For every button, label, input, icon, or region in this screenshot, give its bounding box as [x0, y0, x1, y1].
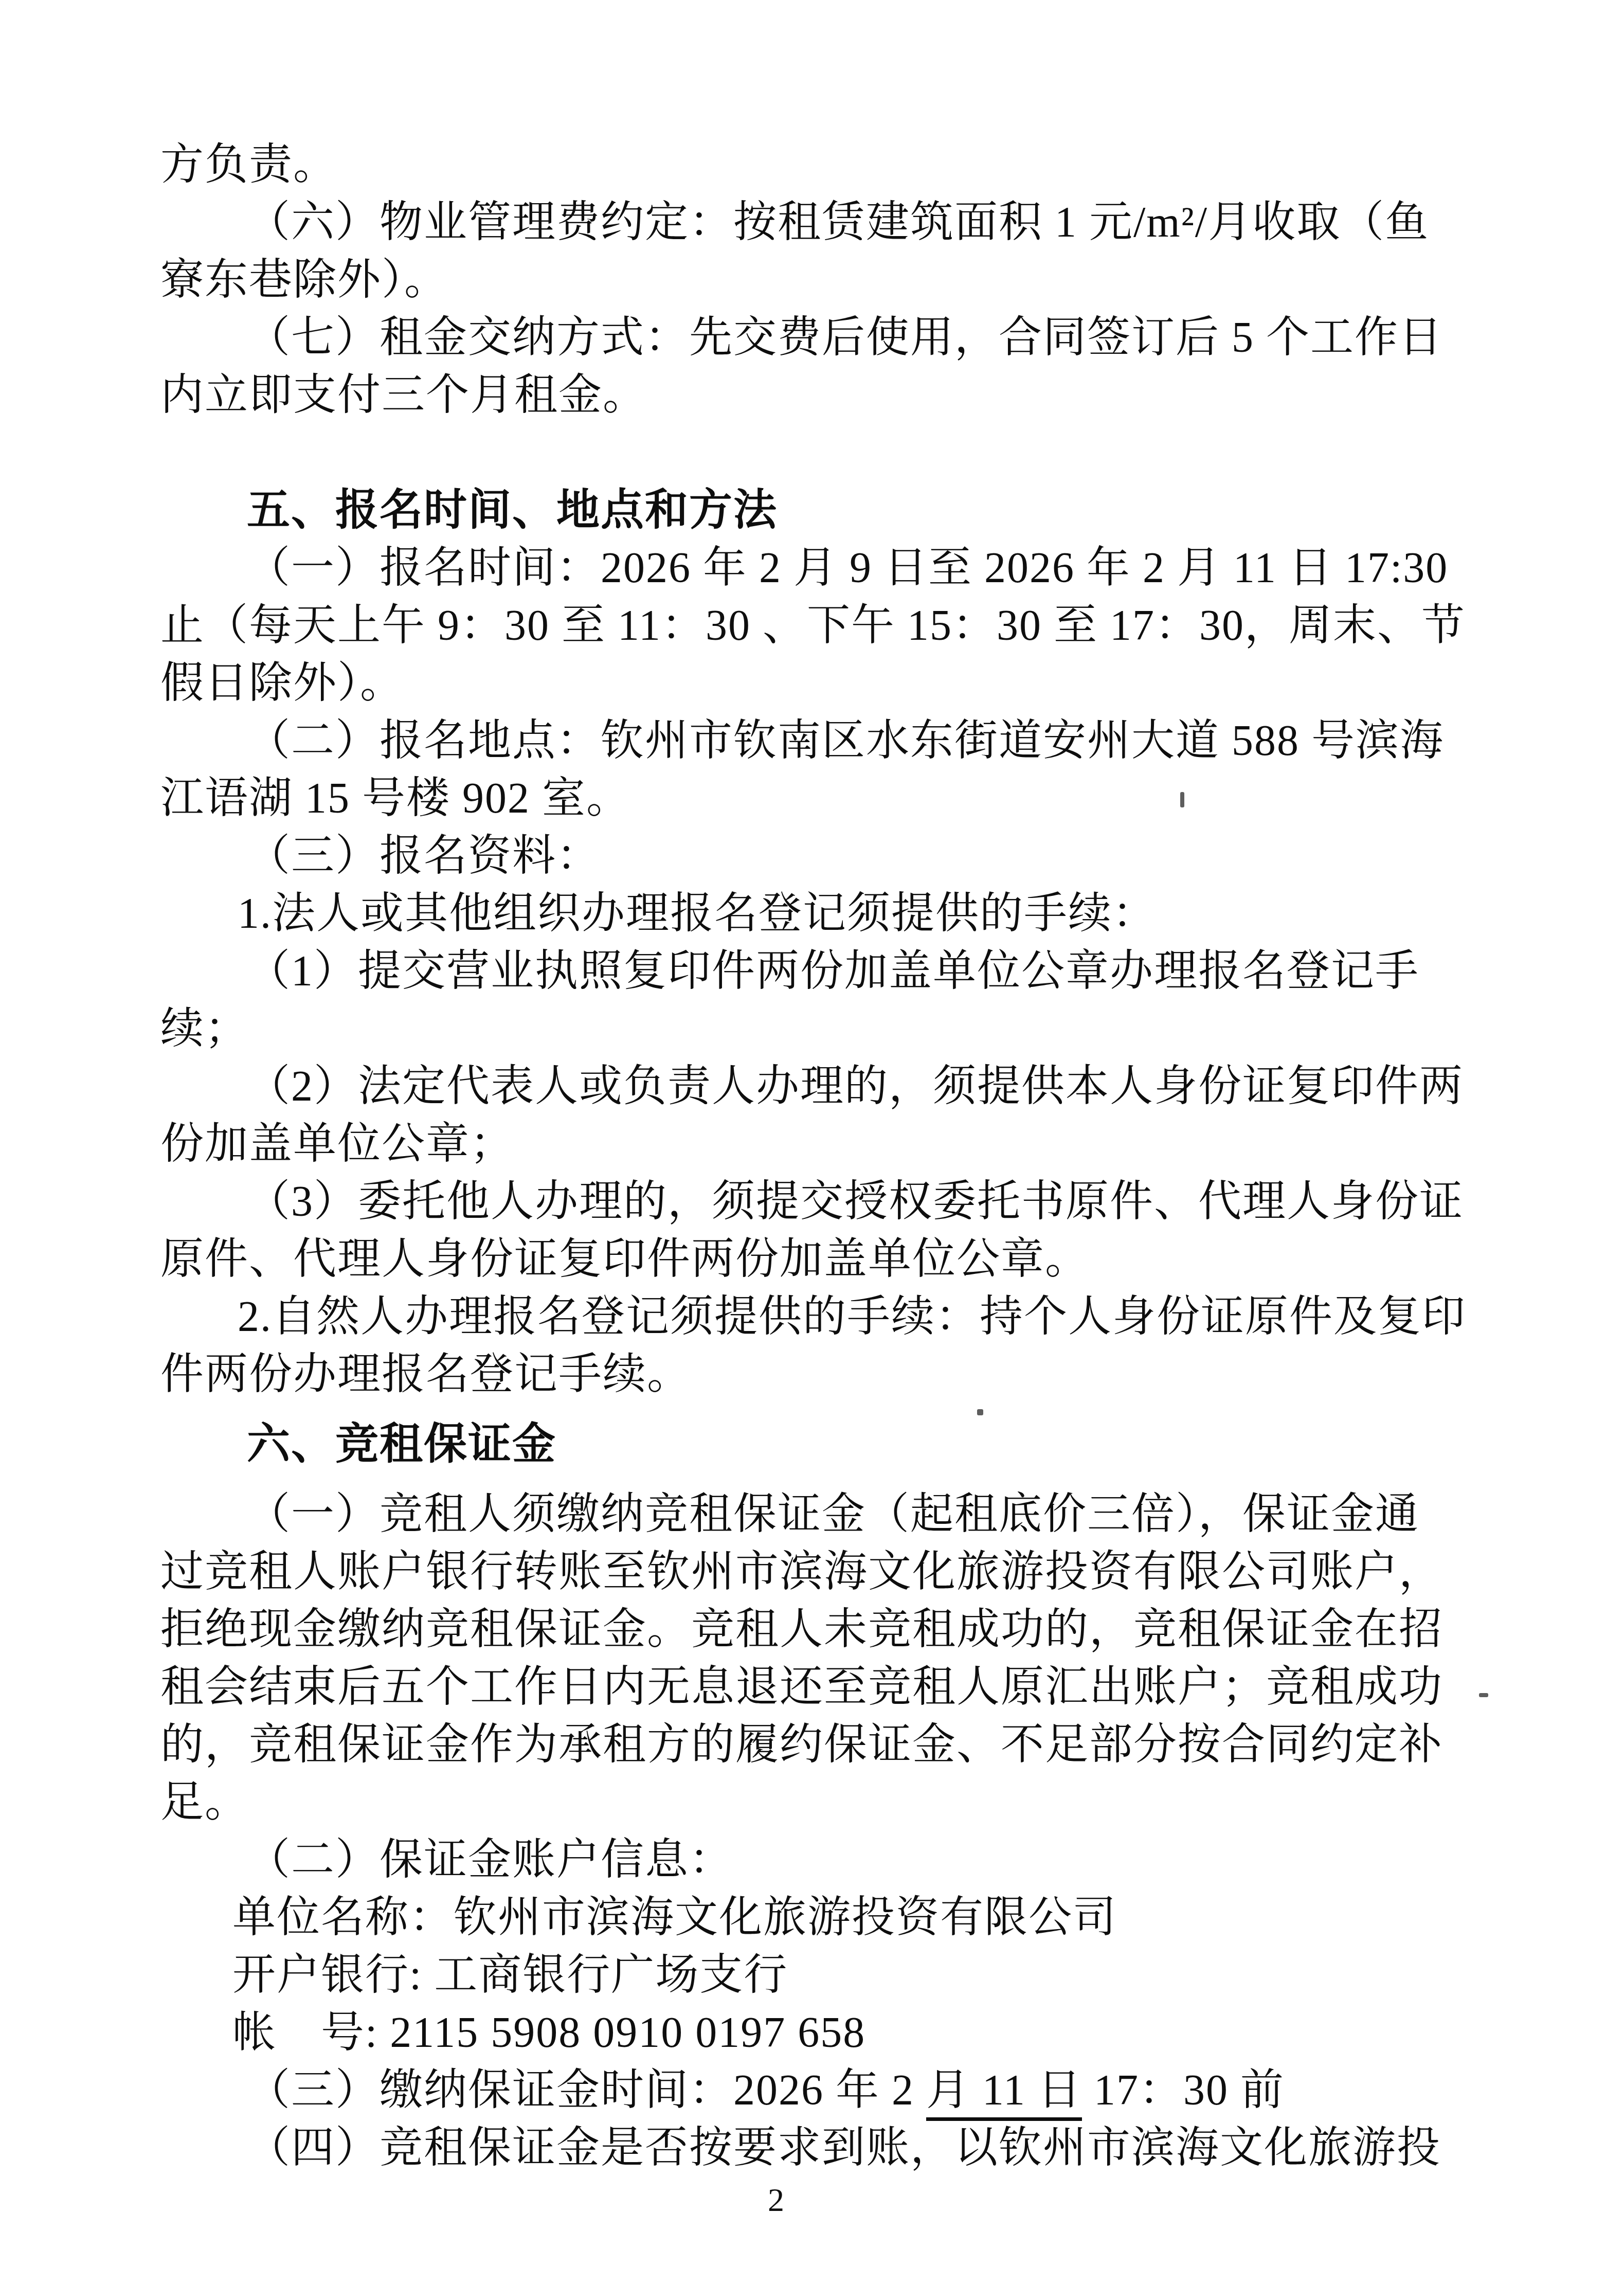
text-run: （一）竞租人须缴纳竞租保证金（起租底价三倍），保证金通	[247, 1490, 1419, 1538]
text-line: 开户银行: 工商银行广场支行	[160, 1947, 1539, 2004]
text-line: 寮东巷除外）。	[160, 251, 1539, 309]
text-run: 1.法人或其他组织办理报名登记须提供的手续：	[238, 890, 1157, 938]
text-run: （三）缴纳保证金时间：2026 年 2	[247, 2066, 926, 2114]
text-line: 止（每天上午 9：30 至 11：30 、下午 15：30 至 17：30，周末…	[160, 597, 1539, 655]
text-line: 江语湖 15 号楼 902 室。	[160, 770, 1539, 827]
text-run: 件两份办理报名登记手续。	[160, 1351, 691, 1398]
text-line: 份加盖单位公章；	[160, 1115, 1539, 1173]
section-heading: 五、报名时间、地点和方法	[160, 482, 1539, 539]
text-run: （一）报名时间：2026 年 2 月 9 日至 2026 年 2 月 11 日 …	[247, 544, 1448, 592]
text-line: 足。	[160, 1774, 1539, 1831]
text-run: 方负责。	[160, 141, 337, 189]
text-line: （四）竞租保证金是否按要求到账，以钦州市滨海文化旅游投	[160, 2119, 1539, 2177]
text-run: （3）委托他人办理的，须提交授权委托书原件、代理人身份证	[247, 1178, 1464, 1226]
text-run: 原件、代理人身份证复印件两份加盖单位公章。	[160, 1235, 1089, 1283]
scanned-page: 方负责。（六）物业管理费约定：按租赁建筑面积 1 元/m²/月收取（鱼寮东巷除外…	[0, 0, 1624, 2285]
text-run: 拒绝现金缴纳竞租保证金。竞租人未竞租成功的，竞租保证金在招	[160, 1606, 1443, 1653]
text-run: （2）法定代表人或负责人办理的，须提供本人身份证复印件两	[247, 1063, 1464, 1110]
text-line: （三）缴纳保证金时间：2026 年 2 月 11 日 17：30 前	[160, 2062, 1539, 2119]
text-line: 内立即支付三个月租金。	[160, 367, 1539, 424]
scan-artifact	[977, 1409, 983, 1415]
text-run: （四）竞租保证金是否按要求到账，以钦州市滨海文化旅游投	[247, 2124, 1441, 2172]
text-line: （3）委托他人办理的，须提交授权委托书原件、代理人身份证	[160, 1173, 1539, 1231]
text-run: 寮东巷除外）。	[160, 256, 448, 304]
text-run: 份加盖单位公章；	[160, 1120, 514, 1168]
text-line: （七）租金交纳方式：先交费后使用，合同签订后 5 个工作日	[160, 309, 1539, 367]
text-line: （二）报名地点：钦州市钦南区水东街道安州大道 588 号滨海	[160, 712, 1539, 770]
text-run: （二）报名地点：钦州市钦南区水东街道安州大道 588 号滨海	[247, 717, 1444, 765]
text-line: 原件、代理人身份证复印件两份加盖单位公章。	[160, 1231, 1539, 1288]
text-run: 17：30 前	[1082, 2066, 1285, 2114]
text-run: （三）报名资料：	[247, 832, 601, 880]
text-run: 续；	[160, 1005, 249, 1053]
text-run: 五、报名时间、地点和方法	[247, 487, 778, 534]
text-run: 帐 号: 2115 5908 0910 0197 658	[232, 2009, 865, 2057]
text-line: （一）报名时间：2026 年 2 月 9 日至 2026 年 2 月 11 日 …	[160, 539, 1539, 597]
text-line: 帐 号: 2115 5908 0910 0197 658	[160, 2004, 1539, 2062]
text-run: 止（每天上午 9：30 至 11：30 、下午 15：30 至 17：30，周末…	[160, 602, 1466, 650]
text-line: 续；	[160, 1000, 1539, 1058]
text-run: 过竞租人账户银行转账至钦州市滨海文化旅游投资有限公司账户，	[160, 1548, 1443, 1596]
text-line: （一）竞租人须缴纳竞租保证金（起租底价三倍），保证金通	[160, 1486, 1539, 1543]
underlined-text: 月 11 日	[926, 2066, 1082, 2121]
text-line: （2）法定代表人或负责人办理的，须提供本人身份证复印件两	[160, 1058, 1539, 1115]
text-line: 拒绝现金缴纳竞租保证金。竞租人未竞租成功的，竞租保证金在招	[160, 1601, 1539, 1659]
text-run: 租会结束后五个工作日内无息退还至竞租人原汇出账户；竞租成功	[160, 1663, 1443, 1711]
text-line: 2.自然人办理报名登记须提供的手续：持个人身份证原件及复印	[160, 1288, 1539, 1346]
scan-artifact	[1180, 792, 1184, 807]
text-line: （二）保证金账户信息：	[160, 1831, 1539, 1889]
text-run: （二）保证金账户信息：	[247, 1836, 733, 1884]
text-run: （六）物业管理费约定：按租赁建筑面积 1 元/m²/月收取（鱼	[247, 199, 1429, 246]
text-run: （七）租金交纳方式：先交费后使用，合同签订后 5 个工作日	[247, 314, 1443, 362]
document-body: 方负责。（六）物业管理费约定：按租赁建筑面积 1 元/m²/月收取（鱼寮东巷除外…	[160, 136, 1539, 2177]
text-line: 件两份办理报名登记手续。	[160, 1346, 1539, 1404]
scan-artifact	[1479, 1693, 1488, 1697]
text-line: （六）物业管理费约定：按租赁建筑面积 1 元/m²/月收取（鱼	[160, 194, 1539, 251]
text-line: 租会结束后五个工作日内无息退还至竞租人原汇出账户；竞租成功	[160, 1659, 1539, 1716]
text-run: 足。	[160, 1778, 249, 1826]
text-run: 开户银行: 工商银行广场支行	[232, 1951, 788, 1999]
text-run: （1）提交营业执照复印件两份加盖单位公章办理报名登记手	[247, 947, 1419, 995]
text-run: 假日除外）。	[160, 659, 404, 707]
text-line: （1）提交营业执照复印件两份加盖单位公章办理报名登记手	[160, 943, 1539, 1000]
text-run: 单位名称：钦州市滨海文化旅游投资有限公司	[232, 1894, 1117, 1941]
text-line: 1.法人或其他组织办理报名登记须提供的手续：	[160, 885, 1539, 943]
section-heading: 六、竞租保证金	[160, 1416, 1539, 1473]
text-run: 江语湖 15 号楼 902 室。	[160, 775, 630, 822]
text-run: 2.自然人办理报名登记须提供的手续：持个人身份证原件及复印	[238, 1293, 1466, 1341]
page-number: 2	[0, 2180, 1588, 2221]
text-run: 的，竞租保证金作为承租方的履约保证金、不足部分按合同约定补	[160, 1721, 1443, 1769]
text-line: 假日除外）。	[160, 655, 1539, 712]
text-line: 过竞租人账户银行转账至钦州市滨海文化旅游投资有限公司账户，	[160, 1543, 1539, 1601]
text-line: 单位名称：钦州市滨海文化旅游投资有限公司	[160, 1889, 1539, 1947]
text-line: 方负责。	[160, 136, 1539, 194]
text-run: 内立即支付三个月租金。	[160, 371, 647, 419]
text-line: 的，竞租保证金作为承租方的履约保证金、不足部分按合同约定补	[160, 1716, 1539, 1774]
text-line: （三）报名资料：	[160, 827, 1539, 885]
text-run: 六、竞租保证金	[247, 1420, 556, 1468]
